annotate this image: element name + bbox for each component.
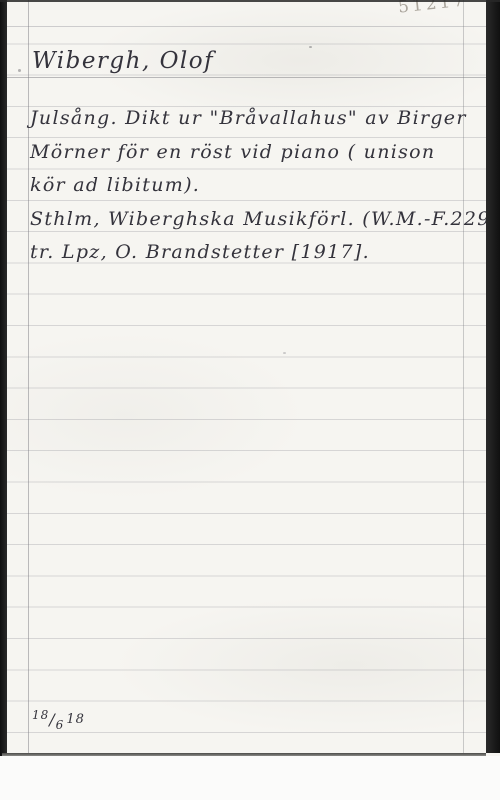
scan-border-right <box>486 0 500 753</box>
card-paper: 51217 Wibergh, Olof Julsång. Dikt ur "Br… <box>0 0 500 756</box>
date-day: 18 <box>32 708 49 722</box>
date-annotation: 18/618 <box>32 708 85 732</box>
heading-underline-rule <box>0 77 500 78</box>
paper-speck <box>309 46 312 48</box>
body-line: tr. Lpz, O. Brandstetter [1917]. <box>30 236 490 270</box>
paper-speck <box>18 69 21 72</box>
paper-speck <box>283 352 286 354</box>
date-year: 18 <box>66 712 85 727</box>
body-line: kör ad libitum). <box>30 169 490 203</box>
date-month: 6 <box>56 718 65 732</box>
pencil-accession-number: 51217 <box>397 0 468 18</box>
scanned-catalog-card: 51217 Wibergh, Olof Julsång. Dikt ur "Br… <box>0 0 500 800</box>
body-line: Sthlm, Wiberghska Musikförl. (W.M.-F.229… <box>30 203 490 237</box>
left-margin-line <box>28 0 29 756</box>
card-body-text: Julsång. Dikt ur "Bråvallahus" av Birger… <box>30 102 490 270</box>
card-bottom-edge <box>2 753 486 756</box>
body-line: Julsång. Dikt ur "Bråvallahus" av Birger <box>30 102 490 136</box>
top-rule-line <box>0 26 500 27</box>
body-line: Mörner för en röst vid piano ( unison <box>30 136 490 170</box>
card-heading-author: Wibergh, Olof <box>32 48 214 74</box>
scan-border-left <box>0 0 7 756</box>
scan-border-top <box>0 0 500 2</box>
